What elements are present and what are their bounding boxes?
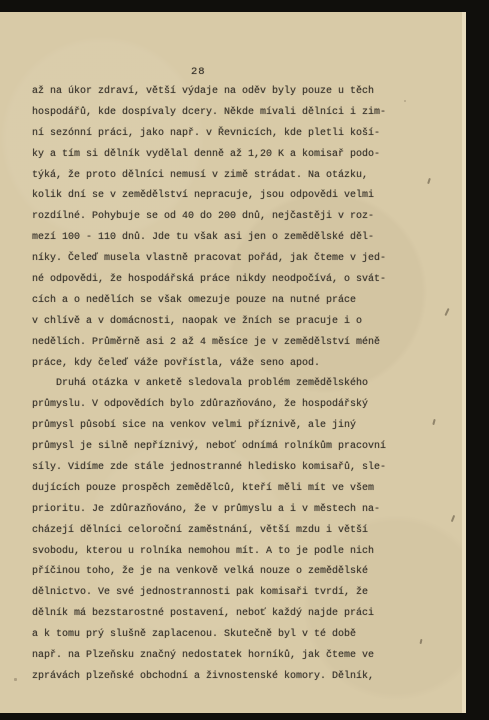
page-edge-highlight xyxy=(462,12,466,713)
text-line: v chlívě a v domácnosti, naopak ve žních… xyxy=(32,312,452,333)
document-page: 28 až na úkor zdraví, větší výdaje na od… xyxy=(0,12,466,713)
text-line: průmyslu. V odpovědích bylo zdůrazňováno… xyxy=(32,395,452,416)
paper-speck xyxy=(404,100,406,102)
text-line: průmysl působí sice na venkov velmi příz… xyxy=(32,416,452,437)
text-line: kolik dní se v zemědělství nepracuje, js… xyxy=(32,186,452,207)
text-line: až na úkor zdraví, větší výdaje na oděv … xyxy=(32,82,452,103)
page-number: 28 xyxy=(191,66,206,78)
text-line: rozdílné. Pohybuje se od 40 do 200 dnů, … xyxy=(32,207,452,228)
text-line: a k tomu prý slušně zaplacenou. Skutečně… xyxy=(32,625,452,646)
paragraph-start-line: Druhá otázka v anketě sledovala problém … xyxy=(32,374,452,395)
text-line: níky. Čeleď musela vlastně pracovat pořá… xyxy=(32,249,452,270)
text-line: dujících pouze prospěch zemědělců, kteří… xyxy=(32,479,452,500)
text-line: dělnictvo. Ve své jednostrannosti pak ko… xyxy=(32,583,452,604)
text-line: příčinou toho, že je na venkově velká no… xyxy=(32,562,452,583)
text-line: prioritu. Je zdůrazňováno, že v průmyslu… xyxy=(32,500,452,521)
text-line: hospodářů, kde dospívaly dcery. Někde mí… xyxy=(32,103,452,124)
text-line: síly. Vidíme zde stále jednostranné hled… xyxy=(32,458,452,479)
text-line: mezí 100 - 110 dnů. Jde tu však asi jen … xyxy=(32,228,452,249)
text-line: né odpovědi, že hospodářská práce nikdy … xyxy=(32,270,452,291)
paper-speck xyxy=(14,678,17,681)
text-line: cházejí dělníci celoroční zaměstnání, vě… xyxy=(32,521,452,542)
text-line: práce, kdy čeleď váže povřístla, váže se… xyxy=(32,354,452,375)
text-line: cích a o nedělích se však omezuje pouze … xyxy=(32,291,452,312)
text-line: zprávách plzeňské obchodní a živnostensk… xyxy=(32,667,452,688)
text-line: svobodu, kterou u rolníka nemohou mít. A… xyxy=(32,542,452,563)
text-line: ní sezónní práci, jako např. v Řevnicích… xyxy=(32,124,452,145)
text-line: ky a tím si dělník vydělal denně až 1,20… xyxy=(32,145,452,166)
scan-frame: 28 až na úkor zdraví, větší výdaje na od… xyxy=(0,0,489,720)
text-line: týká, že proto dělníci nemusí v zimě str… xyxy=(32,166,452,187)
text-line: dělník má bezstarostné postavení, neboť … xyxy=(32,604,452,625)
text-line: např. na Plzeňsku značný nedostatek horn… xyxy=(32,646,452,667)
body-text: až na úkor zdraví, větší výdaje na oděv … xyxy=(32,82,452,688)
text-line: průmysl je silně nepříznivý, neboť odním… xyxy=(32,437,452,458)
text-line: nedělích. Průměrně asi 2 až 4 měsíce je … xyxy=(32,333,452,354)
